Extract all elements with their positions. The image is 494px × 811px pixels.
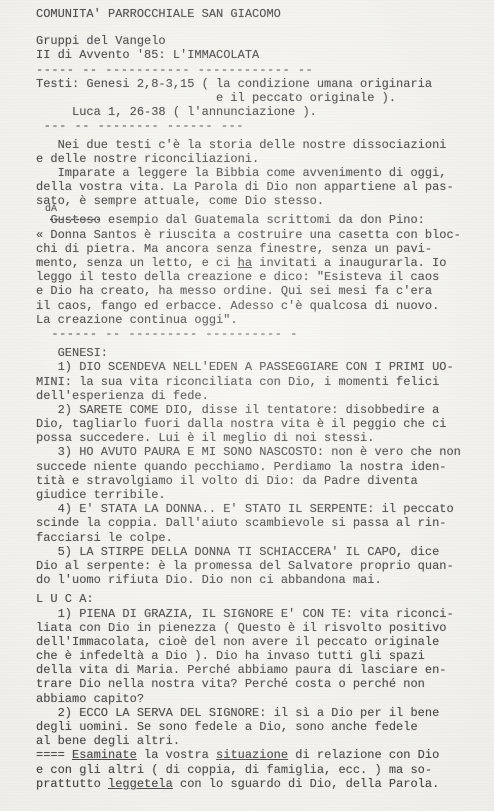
typed-text: Dio, tagliarlo fuori dalla nostra vita è… [36,417,446,431]
typed-text-line: scinde la coppia. Dall'aiuto scambievole… [36,516,478,530]
typed-text-line: della vita di Maria. Perché abbiamo paur… [36,663,478,677]
typed-text: che è infedeltà a Dio ). Dio ha invaso t… [36,649,425,663]
typed-text-line: 5) LA STIRPE DELLA DONNA TI SCHIACCERA' … [36,545,478,559]
typed-text: leggo il testo della creazione e dico: "… [36,270,439,284]
typed-text: 2) SARETE COME DIO, disse il tentatore: … [36,403,439,417]
typed-text: sato, è sempre attuale, come Dio stesso. [36,194,324,208]
typed-text-line: Gruppi del Vangelo [36,34,478,48]
typed-text: ==== [36,748,72,762]
typed-text-line: sato, è sempre attuale, come Dio stesso. [36,194,478,208]
typed-text: II di Avvento '85: L'IMMACOLATA [36,48,259,62]
typed-text-line: 3) HO AVUTO PAURA E MI SONO NASCOSTO: no… [36,445,478,459]
typed-text: scinde la coppia. Dall'aiuto scambievole… [36,516,446,530]
typed-text: prattutto [36,777,108,791]
typed-text: 2) ECCO LA SERVA DEL SIGNORE: il sì a Di… [36,706,439,720]
typed-text-line: Nei due testi c'è la storia delle nostre… [36,138,478,152]
typed-text: di relazione con Dio [288,748,439,762]
typed-text-line: « Donna Santos è riuscita a costruire un… [36,228,478,242]
typed-text: e delle nostre riconciliazioni. [36,152,259,166]
typed-text: GENESI: [36,346,108,360]
typed-text-line: dell'esperienza di fede. [36,389,478,403]
typed-text: 5) LA STIRPE DELLA DONNA TI SCHIACCERA' … [36,545,439,559]
typed-text: e il peccato originale ). [36,91,396,105]
typed-text-line: do l'uomo rifiuta Dio. Dio non ci abband… [36,573,478,587]
underlined-word: situazione [216,748,288,762]
typed-text-line: 1) DIO SCENDEVA NELL'EDEN A PASSEGGIARE … [36,360,478,374]
typed-text: « Donna Santos è riuscita a costruire un… [36,228,461,242]
typed-text: degli uomini. Se sono fedele a Dio, sono… [36,720,418,734]
typed-text: tità e stravolgiamo il volto di Dio: da … [36,474,418,488]
typed-text-line: tità e stravolgiamo il volto di Dio: da … [36,474,478,488]
typed-text: dell'Immacolata, cioè del non avere il p… [36,635,439,649]
underlined-word: Esaminate [72,748,137,762]
typed-text: L U C A: [36,592,94,606]
typed-text: succede niente quando pecchiamo. Perdiam… [36,460,446,474]
typed-text-line: possa succedere. Lui è il meglio di noi … [36,431,478,445]
typed-text [36,213,50,227]
typed-text-line: mento, senza un letto, e ci ha invitati … [36,256,478,270]
typed-text-line: e Dio ha creato, ha messo ordine. Qui se… [36,284,478,298]
typed-text-line: giudice terribile. [36,488,478,502]
typed-text: la vostra [137,748,216,762]
typed-text-line: e delle nostre riconciliazioni. [36,152,478,166]
typed-text: ----- -- ----------- ------------ -- [36,63,313,77]
typewritten-document: COMUNITA' PARROCCHIALE SAN GIACOMOGruppi… [0,0,494,811]
typed-text: abbiamo capito? [36,692,144,706]
typed-text-line: degli uomini. Se sono fedele a Dio, sono… [36,720,478,734]
typed-text-line: La creazione continua oggi". [36,313,478,327]
typed-text: invitati a inaugurarla. Io [252,256,446,270]
typed-divider-line: ----- -- ----------- ------------ -- [36,63,478,77]
typed-text-line: Luca 1, 26-38 ( l'annunciazione ). [36,105,478,119]
typed-text-line: 2) ECCO LA SERVA DEL SIGNORE: il sì a Di… [36,706,478,720]
typed-text-line: della vostra vita. La Parola di Dio non … [36,180,478,194]
typed-text-line: MINI: la sua vita riconciliata con Dio, … [36,375,478,389]
typed-text-line: leggo il testo della creazione e dico: "… [36,270,478,284]
typed-text: COMUNITA' PARROCCHIALE SAN GIACOMO [36,7,281,21]
typed-text-line: trare Dio nella nostra vita? Perché cost… [36,677,478,691]
typed-text-line: Imparate a leggere la Bibbia come avveni… [36,166,478,180]
typed-text-line: al bene degli altri. [36,734,478,748]
typed-text: 1) DIO SCENDEVA NELL'EDEN A PASSEGGIARE … [36,360,454,374]
typed-text-line: che è infedeltà a Dio ). Dio ha invaso t… [36,649,478,663]
typed-text: mento, senza un letto, e ci [36,256,238,270]
typed-text: giudice terribile. [36,488,166,502]
typed-text: trare Dio nella nostra vita? Perché cost… [36,677,425,691]
typed-text: facciarsi le colpe. [36,531,173,545]
typed-text: --- -- -------- ------ --- [36,119,244,133]
typed-divider-line: ------ -- --------- ---------- - [36,327,478,341]
typed-text: 1) PIENA DI GRAZIA, IL SIGNORE E' CON TE… [36,607,454,621]
typed-text: chi di pietra. Ma ancora senza finestre,… [36,242,432,256]
typed-text: do l'uomo rifiuta Dio. Dio non ci abband… [36,573,382,587]
typed-text-line: 1) PIENA DI GRAZIA, IL SIGNORE E' CON TE… [36,607,478,621]
typed-text: MINI: la sua vita riconciliata con Dio, … [36,375,439,389]
typed-text: Testi: Genesi 2,8-3,15 ( la condizione u… [36,77,432,91]
typed-text: al bene degli altri. [36,734,180,748]
typed-text: ------ -- --------- ---------- - [36,327,298,341]
typed-text-line: II di Avvento '85: L'IMMACOLATA [36,48,478,62]
typed-text: 4) E' STATA LA DONNA.. E' STATO IL SERPE… [36,502,454,516]
underlined-word: ha [238,256,252,270]
typed-text: e Dio ha creato, ha messo ordine. Qui se… [36,284,432,298]
typed-text-line: abbiamo capito? [36,692,478,706]
underlined-word: leggetela [108,777,173,791]
typed-text: possa succedere. Lui è il meglio di noi … [36,431,374,445]
typed-text: il caos, fango ed erbacce. Adesso c'è qu… [36,299,439,313]
typed-text-line: GENESI: [36,346,478,360]
typed-text: con lo sguardo di Dio, della Parola. [173,777,439,791]
struck-word: Gustoso [50,213,100,227]
typed-text: esempio dal Guatemala scrittomi da don P… [101,213,425,227]
typed-text-line: dell'Immacolata, cioè del non avere il p… [36,635,478,649]
typed-text-line: dA Gustoso esempio dal Guatemala scritto… [36,213,478,227]
typed-text-line: e con gli altri ( di coppia, di famiglia… [36,763,478,777]
typed-text-line: facciarsi le colpe. [36,531,478,545]
typed-text-line: Dio, tagliarlo fuori dalla nostra vita è… [36,417,478,431]
typed-text-line: 4) E' STATA LA DONNA.. E' STATO IL SERPE… [36,502,478,516]
typed-text: Luca 1, 26-38 ( l'annunciazione ). [36,105,317,119]
typed-text-line: liata con Dio in pienezza ( Questo è il … [36,621,478,635]
typed-text: Imparate a leggere la Bibbia come avveni… [36,166,446,180]
typed-text-line: COMUNITA' PARROCCHIALE SAN GIACOMO [36,7,478,21]
typed-text-line: chi di pietra. Ma ancora senza finestre,… [36,242,478,256]
typed-text: La creazione continua oggi". [36,313,238,327]
typed-text-line: L U C A: [36,592,478,606]
typed-text: della vita di Maria. Perché abbiamo paur… [36,663,446,677]
typed-text: 3) HO AVUTO PAURA E MI SONO NASCOSTO: no… [36,445,461,459]
typed-text-line: Dio al serpente: è la promessa del Salva… [36,559,478,573]
typed-text: Gruppi del Vangelo [36,34,166,48]
typed-text-line: 2) SARETE COME DIO, disse il tentatore: … [36,403,478,417]
typed-correction-mark: dA [45,205,57,215]
typed-text: e con gli altri ( di coppia, di famiglia… [36,763,432,777]
typed-divider-line: --- -- -------- ------ --- [36,119,478,133]
typed-text-line: prattutto leggetela con lo sguardo di Di… [36,777,478,791]
typed-text: della vostra vita. La Parola di Dio non … [36,180,454,194]
typed-text-line: il caos, fango ed erbacce. Adesso c'è qu… [36,299,478,313]
typed-text-line: succede niente quando pecchiamo. Perdiam… [36,460,478,474]
typed-text: liata con Dio in pienezza ( Questo è il … [36,621,446,635]
typed-text: Dio al serpente: è la promessa del Salva… [36,559,454,573]
typed-text-line: e il peccato originale ). [36,91,478,105]
typed-text: Nei due testi c'è la storia delle nostre… [36,138,446,152]
typed-text-line: ==== Esaminate la vostra situazione di r… [36,748,478,762]
typed-text: dell'esperienza di fede. [36,389,209,403]
typed-text-line: Testi: Genesi 2,8-3,15 ( la condizione u… [36,77,478,91]
